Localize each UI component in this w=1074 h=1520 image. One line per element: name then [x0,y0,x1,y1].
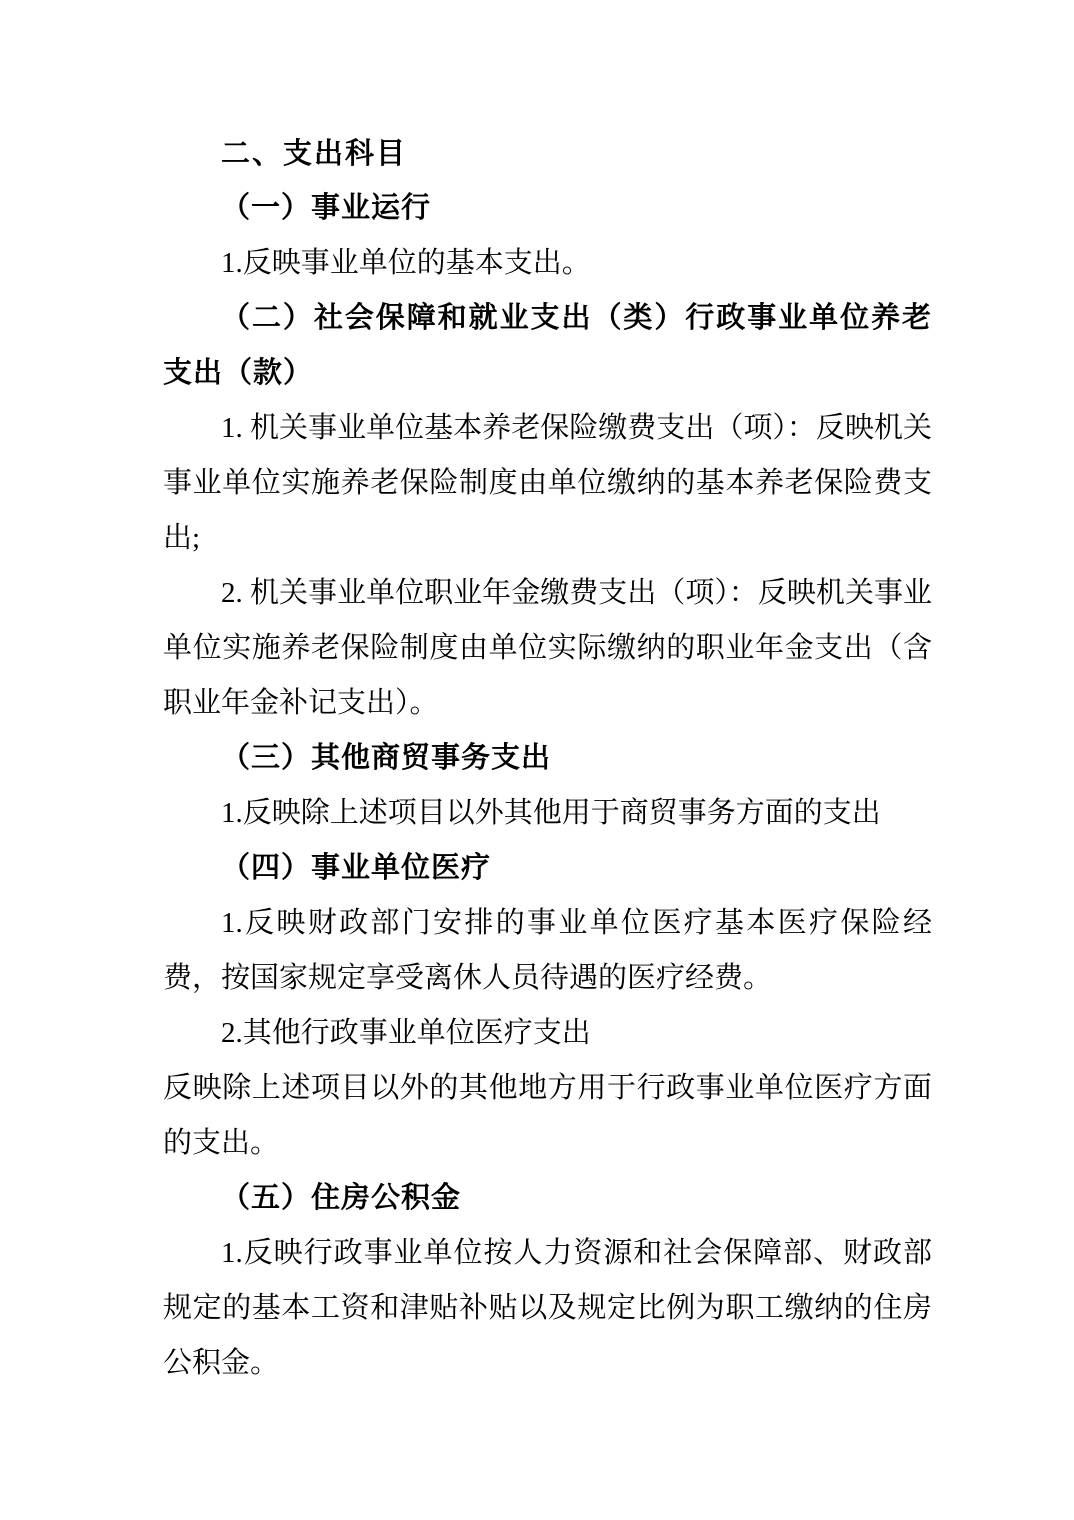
subsection-heading: （一）事业运行 [163,181,932,236]
paragraph: 1.反映除上述项目以外其他用于商贸事务方面的支出 [163,786,932,841]
paragraph: 2. 机关事业单位职业年金缴费支出（项）：反映机关事业单位实施养老保险制度由单位… [163,566,932,731]
document-page: 二、支出科目 （一）事业运行 1.反映事业单位的基本支出。 （二）社会保障和就业… [0,0,1074,1520]
paragraph: 1.反映行政事业单位按人力资源和社会保障部、财政部规定的基本工资和津贴补贴以及规… [163,1226,932,1391]
section-heading: 二、支出科目 [163,126,932,181]
subsection-heading: （二）社会保障和就业支出（类）行政事业单位养老支出（款） [163,291,932,401]
paragraph: 1.反映财政部门安排的事业单位医疗基本医疗保险经费，按国家规定享受离休人员待遇的… [163,896,932,1006]
subsection-heading: （三）其他商贸事务支出 [163,731,932,786]
paragraph: 2.其他行政事业单位医疗支出 [163,1006,932,1061]
paragraph: 反映除上述项目以外的其他地方用于行政事业单位医疗方面的支出。 [163,1061,932,1171]
subsection-heading: （四）事业单位医疗 [163,841,932,896]
subsection-heading: （五）住房公积金 [163,1171,932,1226]
paragraph: 1.反映事业单位的基本支出。 [163,236,932,291]
paragraph: 1. 机关事业单位基本养老保险缴费支出（项）：反映机关事业单位实施养老保险制度由… [163,401,932,566]
